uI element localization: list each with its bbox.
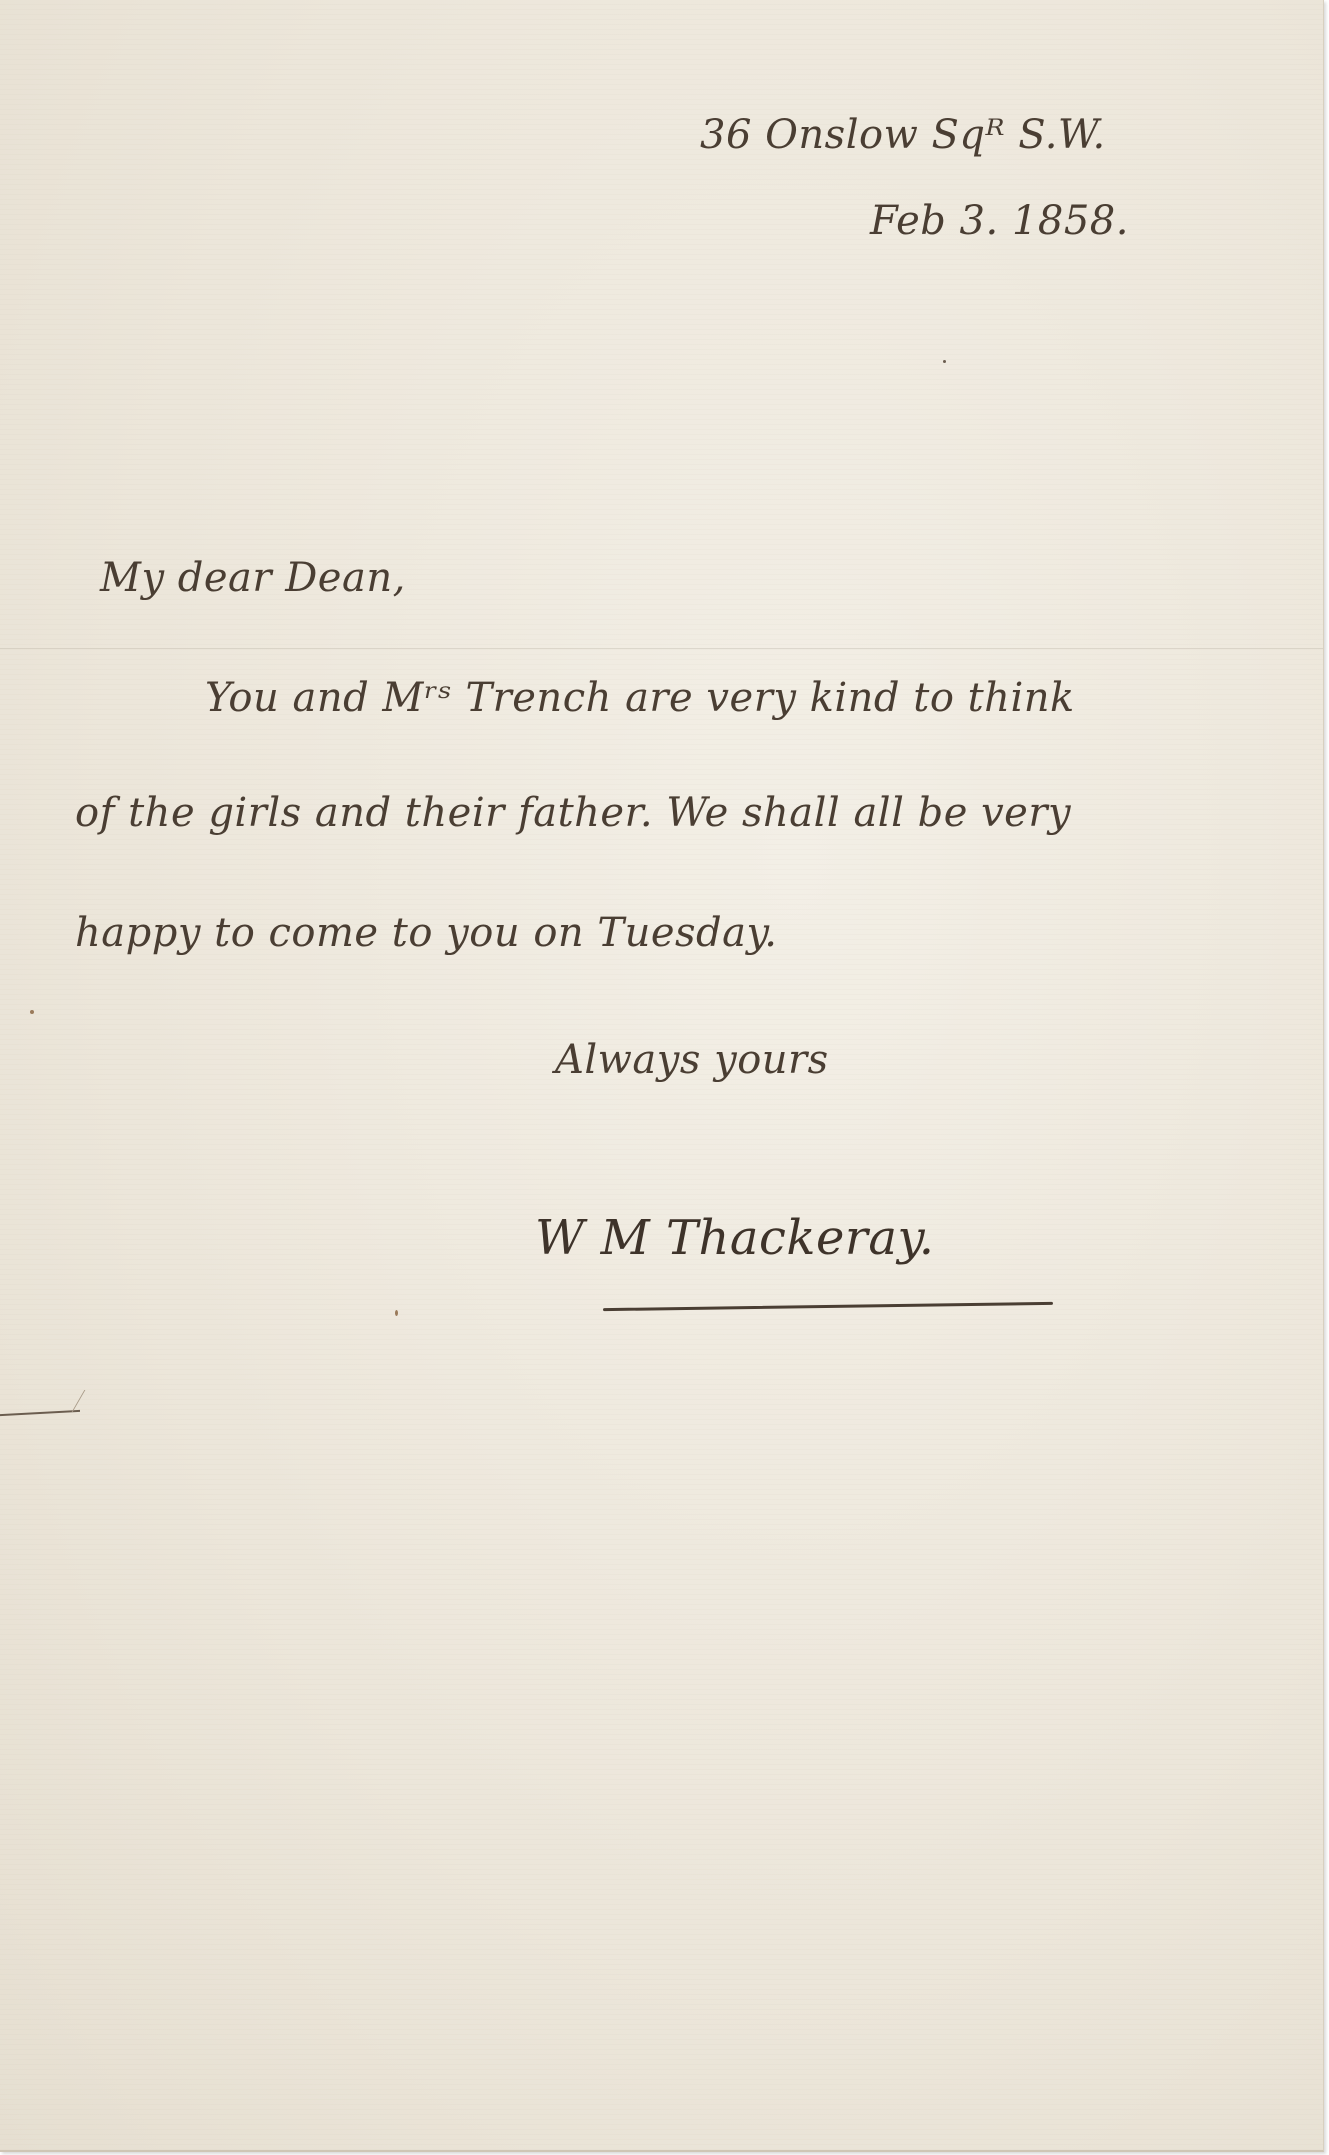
paper-tear-edge: [56, 1390, 86, 1412]
ink-speck: [943, 360, 946, 363]
ink-speck: [30, 1010, 34, 1014]
body-line: You and Mʳˢ Trench are very kind to thin…: [205, 675, 1075, 721]
letter-paper: 36 Onslow Sqᴿ S.W. Feb 3. 1858. My dear …: [0, 0, 1324, 2152]
ink-speck: [395, 1310, 398, 1316]
paper-fold-crease: [0, 648, 1323, 649]
closing: Always yours: [555, 1037, 829, 1083]
body-line: happy to come to you on Tuesday.: [75, 910, 777, 956]
letter-date: Feb 3. 1858.: [870, 198, 1129, 244]
body-line: of the girls and their father. We shall …: [75, 790, 1071, 836]
sender-address: 36 Onslow Sqᴿ S.W.: [700, 112, 1106, 158]
salutation: My dear Dean,: [100, 555, 406, 601]
signature-underline: [603, 1302, 1053, 1311]
signature: W M Thackeray.: [535, 1210, 934, 1266]
